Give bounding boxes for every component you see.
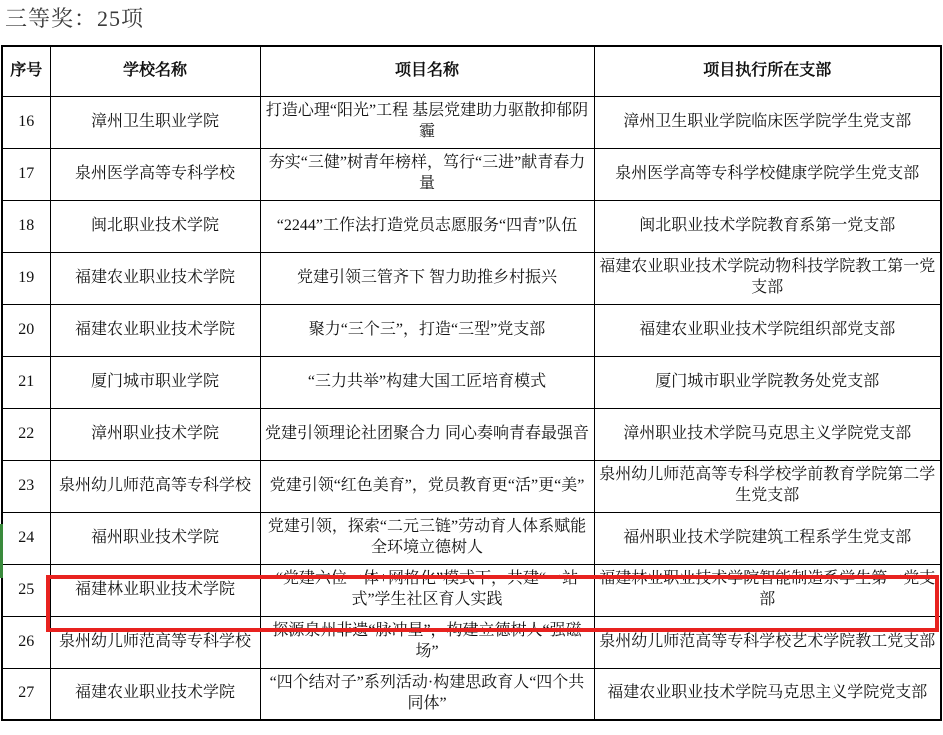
cell-school: 厦门城市职业学院 — [50, 356, 260, 408]
table-row: 27 福建农业职业技术学院 “四个结对子”系列活动·构建思政育人“四个共同体” … — [2, 668, 941, 720]
cell-branch: 泉州医学高等专科学校健康学院学生党支部 — [594, 148, 941, 200]
cell-school: 漳州职业技术学院 — [50, 408, 260, 460]
cell-school: 福州职业技术学院 — [50, 512, 260, 564]
cell-no: 24 — [2, 512, 50, 564]
cell-school: 闽北职业技术学院 — [50, 200, 260, 252]
cell-no: 16 — [2, 96, 50, 148]
cell-branch: 福建农业职业技术学院马克思主义学院党支部 — [594, 668, 941, 720]
cell-branch: 闽北职业技术学院教育系第一党支部 — [594, 200, 941, 252]
cell-no: 26 — [2, 616, 50, 668]
cell-branch: 漳州卫生职业学院临床医学院学生党支部 — [594, 96, 941, 148]
table-row: 21 厦门城市职业学院 “三力共举”构建大国工匠培育模式 厦门城市职业学院教务处… — [2, 356, 941, 408]
cell-no: 27 — [2, 668, 50, 720]
table-row-highlighted: 25 福建林业职业技术学院 “党建六位一体+网格化”模式下，共建“一站式”学生社… — [2, 564, 941, 616]
cell-project: 党建引领三管齐下 智力助推乡村振兴 — [260, 252, 594, 304]
cell-project: 党建引领“红色美育”，党员教育更“活”更“美” — [260, 460, 594, 512]
table-row: 18 闽北职业技术学院 “2244”工作法打造党员志愿服务“四青”队伍 闽北职业… — [2, 200, 941, 252]
table-row: 16 漳州卫生职业学院 打造心理“阳光”工程 基层党建助力驱散抑郁阴霾 漳州卫生… — [2, 96, 941, 148]
header-cell-no: 序号 — [2, 46, 50, 96]
cell-school: 福建农业职业技术学院 — [50, 668, 260, 720]
cell-school: 福建林业职业技术学院 — [50, 564, 260, 616]
cell-project: 党建引领，探索“二元三链”劳动育人体系赋能全环境立德树人 — [260, 512, 594, 564]
table-row: 23 泉州幼儿师范高等专科学校 党建引领“红色美育”，党员教育更“活”更“美” … — [2, 460, 941, 512]
cell-branch: 福建农业职业技术学院组织部党支部 — [594, 304, 941, 356]
cell-no: 22 — [2, 408, 50, 460]
cell-school: 漳州卫生职业学院 — [50, 96, 260, 148]
cell-project: 党建引领理论社团聚合力 同心奏响青春最强音 — [260, 408, 594, 460]
cell-no: 17 — [2, 148, 50, 200]
table-row: 22 漳州职业技术学院 党建引领理论社团聚合力 同心奏响青春最强音 漳州职业技术… — [2, 408, 941, 460]
page-title: 三等奖：25项 — [5, 2, 144, 33]
table-row: 20 福建农业职业技术学院 聚力“三个三”，打造“三型”党支部 福建农业职业技术… — [2, 304, 941, 356]
cell-school: 福建农业职业技术学院 — [50, 304, 260, 356]
cell-no: 21 — [2, 356, 50, 408]
cell-branch: 厦门城市职业学院教务处党支部 — [594, 356, 941, 408]
cell-project: “三力共举”构建大国工匠培育模式 — [260, 356, 594, 408]
cell-project: 探源泉州非遗“脉冲星”，构建立德树人“强磁场” — [260, 616, 594, 668]
table-header-row: 序号 学校名称 项目名称 项目执行所在支部 — [2, 46, 941, 96]
cell-school: 福建农业职业技术学院 — [50, 252, 260, 304]
cell-school: 泉州医学高等专科学校 — [50, 148, 260, 200]
awards-table: 序号 学校名称 项目名称 项目执行所在支部 16 漳州卫生职业学院 打造心理“阳… — [1, 45, 942, 721]
cell-project: “四个结对子”系列活动·构建思政育人“四个共同体” — [260, 668, 594, 720]
header-cell-branch: 项目执行所在支部 — [594, 46, 941, 96]
cell-branch: 泉州幼儿师范高等专科学校艺术学院教工党支部 — [594, 616, 941, 668]
cell-school: 泉州幼儿师范高等专科学校 — [50, 616, 260, 668]
cell-no: 18 — [2, 200, 50, 252]
cell-no: 19 — [2, 252, 50, 304]
cell-project: “2244”工作法打造党员志愿服务“四青”队伍 — [260, 200, 594, 252]
table-row: 17 泉州医学高等专科学校 夯实“三健”树青年榜样，笃行“三进”献青春力量 泉州… — [2, 148, 941, 200]
cell-branch: 福州职业技术学院建筑工程系学生党支部 — [594, 512, 941, 564]
cell-branch: 泉州幼儿师范高等专科学校学前教育学院第二学生党支部 — [594, 460, 941, 512]
cell-branch: 福建农业职业技术学院动物科技学院教工第一党支部 — [594, 252, 941, 304]
cell-branch: 福建林业职业技术学院智能制造系学生第一党支部 — [594, 564, 941, 616]
cell-project: 打造心理“阳光”工程 基层党建助力驱散抑郁阴霾 — [260, 96, 594, 148]
cell-project: 夯实“三健”树青年榜样，笃行“三进”献青春力量 — [260, 148, 594, 200]
cell-project: “党建六位一体+网格化”模式下，共建“一站式”学生社区育人实践 — [260, 564, 594, 616]
header-cell-project: 项目名称 — [260, 46, 594, 96]
cell-branch: 漳州职业技术学院马克思主义学院党支部 — [594, 408, 941, 460]
cell-project: 聚力“三个三”，打造“三型”党支部 — [260, 304, 594, 356]
table-row: 24 福州职业技术学院 党建引领，探索“二元三链”劳动育人体系赋能全环境立德树人… — [2, 512, 941, 564]
header-cell-school: 学校名称 — [50, 46, 260, 96]
table-row: 19 福建农业职业技术学院 党建引领三管齐下 智力助推乡村振兴 福建农业职业技术… — [2, 252, 941, 304]
table-row: 26 泉州幼儿师范高等专科学校 探源泉州非遗“脉冲星”，构建立德树人“强磁场” … — [2, 616, 941, 668]
cell-no: 23 — [2, 460, 50, 512]
page: 三等奖：25项 序号 学校名称 项目名称 项目执行所在支部 16 漳州卫生职业学… — [0, 0, 943, 735]
cell-school: 泉州幼儿师范高等专科学校 — [50, 460, 260, 512]
cell-no: 20 — [2, 304, 50, 356]
cell-no: 25 — [2, 564, 50, 616]
